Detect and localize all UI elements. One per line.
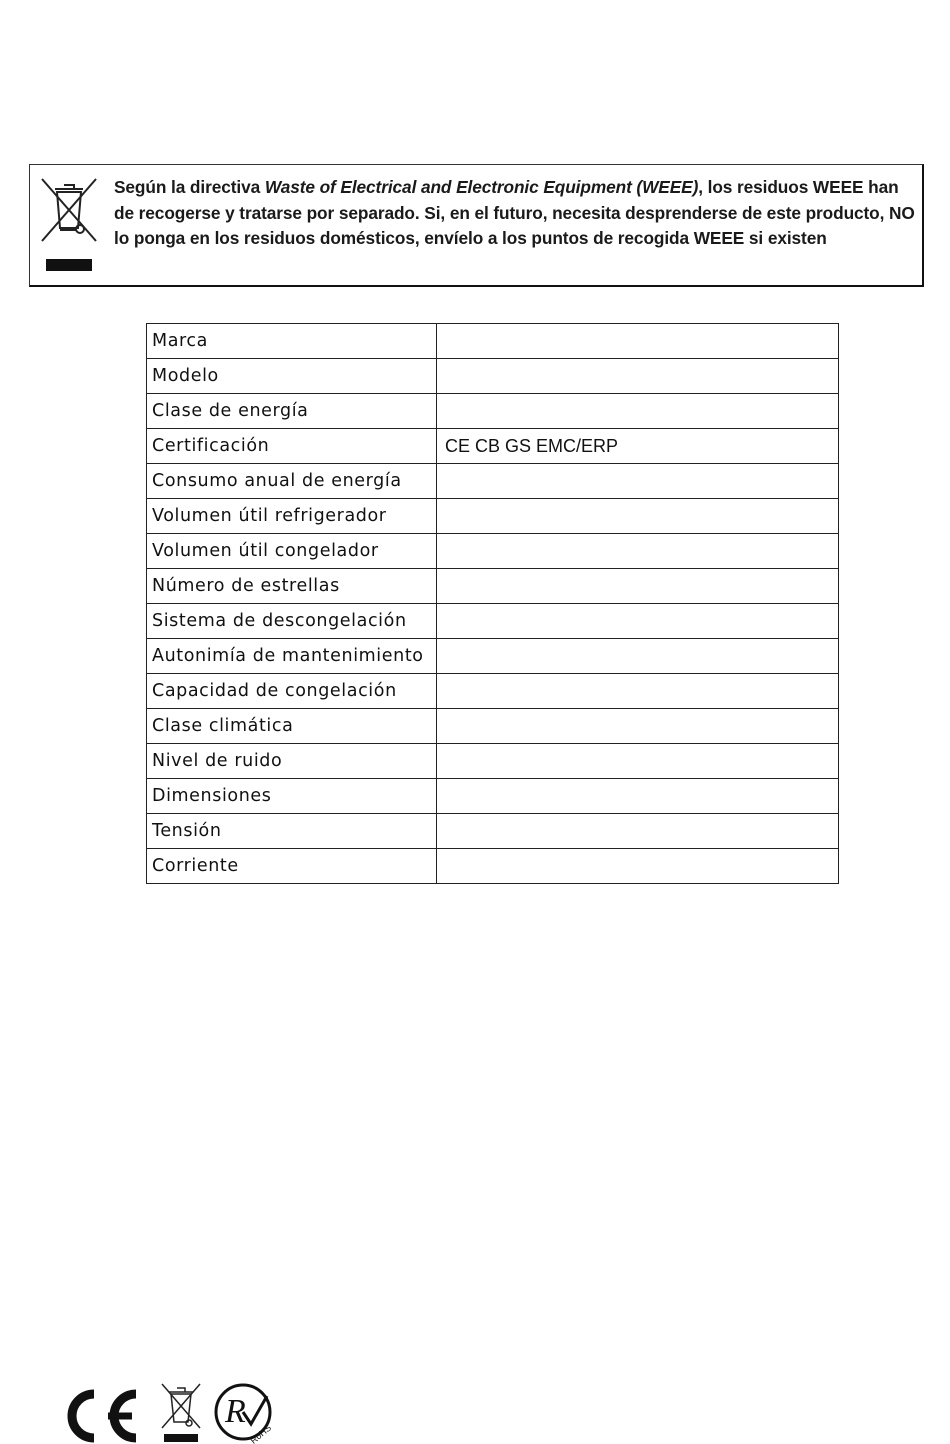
- spec-label: Sistema de descongelación: [147, 604, 437, 639]
- spec-value: [437, 814, 839, 849]
- spec-value: [437, 639, 839, 674]
- spec-value: [437, 744, 839, 779]
- spec-label: Tensión: [147, 814, 437, 849]
- spec-label: Certificación: [147, 429, 437, 464]
- spec-label: Modelo: [147, 359, 437, 394]
- spec-label: Autonimía de mantenimiento: [147, 639, 437, 674]
- spec-value: CE CB GS EMC/ERP: [437, 429, 839, 464]
- spec-value: [437, 499, 839, 534]
- spec-value: [437, 849, 839, 884]
- table-row: Autonimía de mantenimiento: [147, 639, 839, 674]
- specifications-table: MarcaModeloClase de energíaCertificación…: [146, 323, 839, 884]
- spec-value: [437, 709, 839, 744]
- svg-text:R: R: [224, 1393, 246, 1430]
- spec-label: Marca: [147, 324, 437, 359]
- table-row: Volumen útil refrigerador: [147, 499, 839, 534]
- spec-label: Consumo anual de energía: [147, 464, 437, 499]
- table-row: Consumo anual de energía: [147, 464, 839, 499]
- rohs-icon: R RoHS: [213, 1382, 275, 1444]
- table-row: Modelo: [147, 359, 839, 394]
- table-row: Marca: [147, 324, 839, 359]
- spec-value: [437, 359, 839, 394]
- spec-label: Nivel de ruido: [147, 744, 437, 779]
- spec-label: Clase climática: [147, 709, 437, 744]
- table-row: Volumen útil congelador: [147, 534, 839, 569]
- table-row: Sistema de descongelación: [147, 604, 839, 639]
- weee-notice-text: Según la directiva Waste of Electrical a…: [114, 175, 922, 252]
- spec-label: Dimensiones: [147, 779, 437, 814]
- spec-value: [437, 464, 839, 499]
- weee-underline-bar: [46, 259, 92, 271]
- table-row: Dimensiones: [147, 779, 839, 814]
- table-row: Número de estrellas: [147, 569, 839, 604]
- spec-value: [437, 604, 839, 639]
- table-row: Corriente: [147, 849, 839, 884]
- table-row: CertificaciónCE CB GS EMC/ERP: [147, 429, 839, 464]
- spec-label: Número de estrellas: [147, 569, 437, 604]
- spec-label: Clase de energía: [147, 394, 437, 429]
- table-row: Nivel de ruido: [147, 744, 839, 779]
- spec-value: [437, 534, 839, 569]
- spec-value: [437, 779, 839, 814]
- ce-mark-icon: [58, 1388, 140, 1444]
- spec-label: Volumen útil refrigerador: [147, 499, 437, 534]
- spec-value: [437, 674, 839, 709]
- svg-text:RoHS: RoHS: [248, 1423, 273, 1444]
- weee-bin-icon: [160, 1382, 202, 1444]
- spec-value: [437, 394, 839, 429]
- weee-notice-box: Según la directiva Waste of Electrical a…: [29, 164, 924, 287]
- crossed-out-wheelie-bin-icon: [40, 177, 98, 243]
- spec-value: [437, 324, 839, 359]
- table-row: Clase de energía: [147, 394, 839, 429]
- table-row: Capacidad de congelación: [147, 674, 839, 709]
- spec-label: Capacidad de congelación: [147, 674, 437, 709]
- table-row: Tensión: [147, 814, 839, 849]
- spec-label: Volumen útil congelador: [147, 534, 437, 569]
- spec-label: Corriente: [147, 849, 437, 884]
- table-row: Clase climática: [147, 709, 839, 744]
- spec-value: [437, 569, 839, 604]
